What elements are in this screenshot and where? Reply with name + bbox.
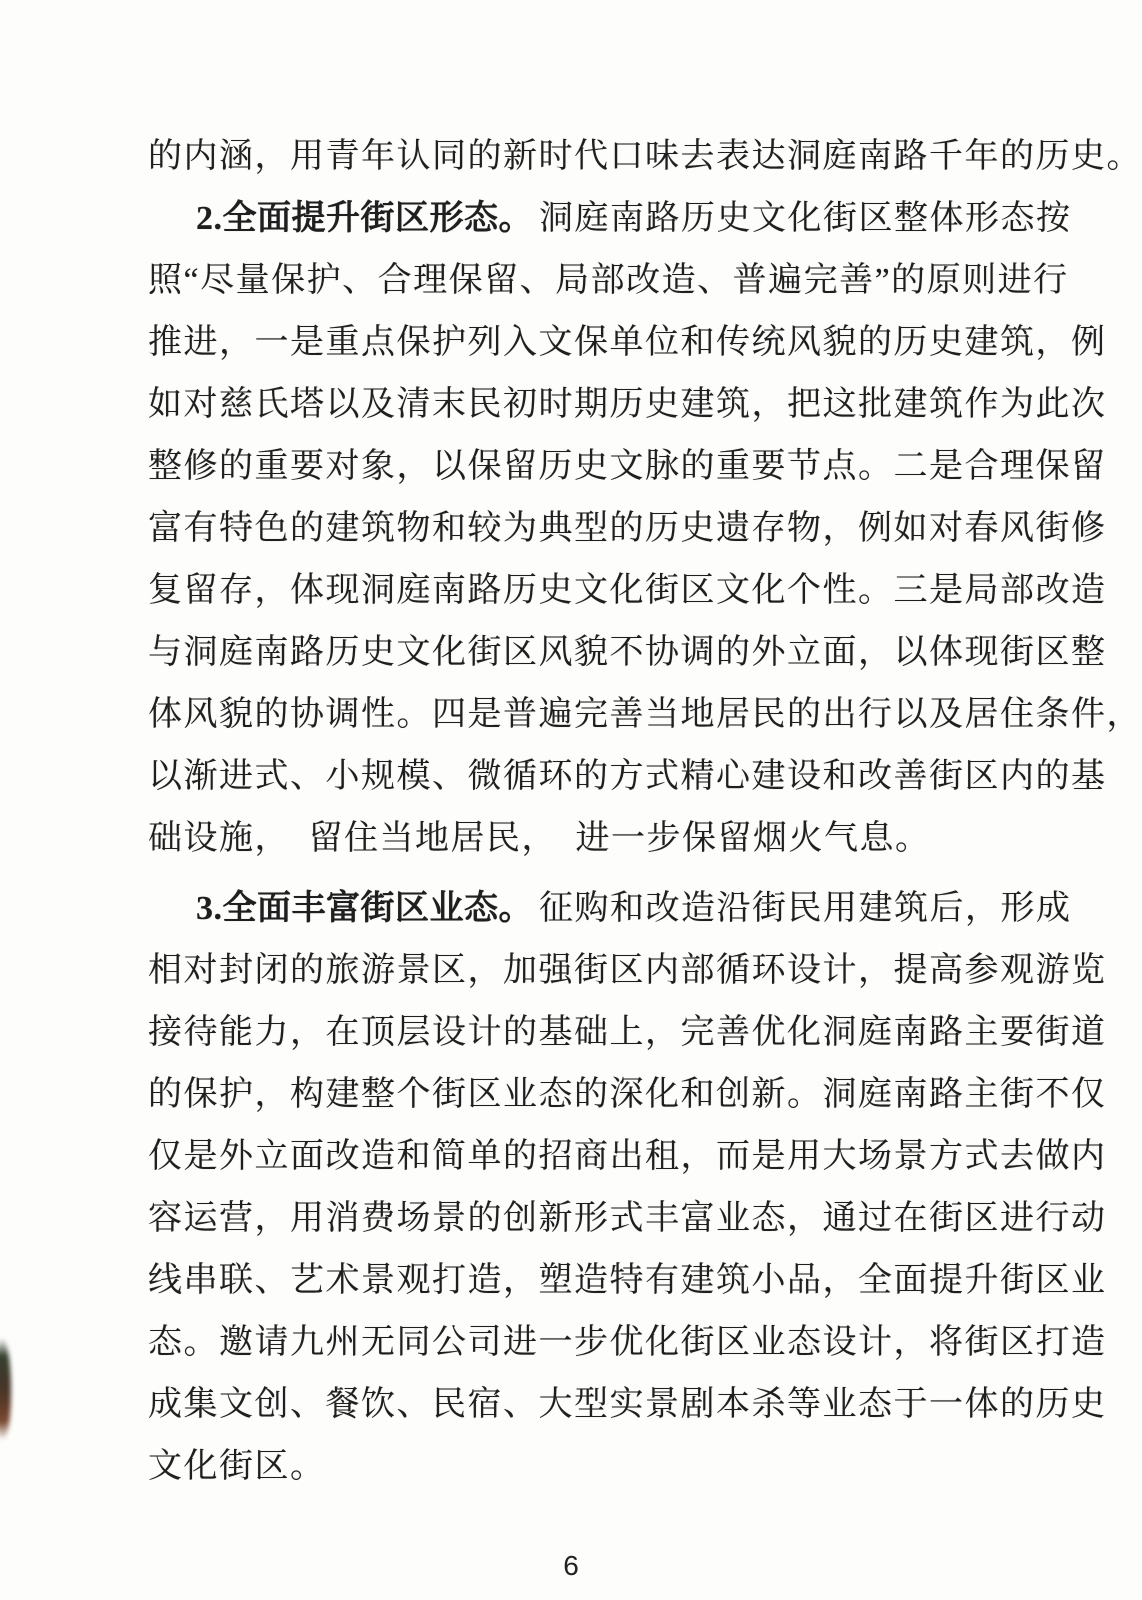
text-line: 富有特色的建筑物和较为典型的历史遗存物，例如对春风街修 xyxy=(148,498,1048,560)
text-run: 洞庭南路历史文化街区整体形态按 xyxy=(539,200,1072,237)
text-line: 2.全面提升街区形态。洞庭南路历史文化街区整体形态按 xyxy=(148,188,1048,250)
text-run: 征购和改造沿街民用建筑后，形成 xyxy=(539,890,1072,927)
text-line: 础设施， 留住当地居民， 进一步保留烟火气息。 xyxy=(148,808,1048,870)
page-number: 6 xyxy=(0,1550,1142,1582)
text-line: 体风貌的协调性。四是普遍完善当地居民的出行以及居住条件， xyxy=(148,684,1048,746)
text-run: 以渐进式、小规模、微循环的方式精心建设和改善街区内的基 xyxy=(148,758,1107,795)
scan-edge-artifact xyxy=(0,1338,11,1440)
text-run: 的保护，构建整个街区业态的深化和创新。洞庭南路主街不仅 xyxy=(148,1076,1107,1113)
text-line: 整修的重要对象，以保留历史文脉的重要节点。二是合理保留 xyxy=(148,436,1048,498)
text-line: 相对封闭的旅游景区，加强街区内部循环设计，提高参观游览 xyxy=(148,940,1048,1002)
text-run: 态。邀请九州无同公司进一步优化街区业态设计，将街区打造 xyxy=(148,1324,1107,1361)
text-line: 照“尽量保护、合理保留、局部改造、普遍完善”的原则进行 xyxy=(148,250,1048,312)
text-run: 成集文创、餐饮、民宿、大型实景剧本杀等业态于一体的历史 xyxy=(148,1386,1107,1423)
text-line: 成集文创、餐饮、民宿、大型实景剧本杀等业态于一体的历史 xyxy=(148,1374,1048,1436)
text-run: 推进，一是重点保护列入文保单位和传统风貌的历史建筑，例 xyxy=(148,324,1107,361)
text-line: 复留存，体现洞庭南路历史文化街区文化个性。三是局部改造 xyxy=(148,560,1048,622)
text-line: 3.全面丰富街区业态。征购和改造沿街民用建筑后，形成 xyxy=(148,878,1048,940)
text-line: 与洞庭南路历史文化街区风貌不协调的外立面，以体现街区整 xyxy=(148,622,1048,684)
text-run: 文化街区。 xyxy=(148,1448,326,1485)
text-line: 以渐进式、小规模、微循环的方式精心建设和改善街区内的基 xyxy=(148,746,1048,808)
text-line: 的内涵，用青年认同的新时代口味去表达洞庭南路千年的历史。 xyxy=(148,126,1048,188)
text-line: 容运营，用消费场景的创新形式丰富业态，通过在街区进行动 xyxy=(148,1188,1048,1250)
text-line: 仅是外立面改造和简单的招商出租，而是用大场景方式去做内 xyxy=(148,1126,1048,1188)
text-line: 接待能力，在顶层设计的基础上，完善优化洞庭南路主要街道 xyxy=(148,1002,1048,1064)
text-run: 如对慈氏塔以及清末民初时期历史建筑，把这批建筑作为此次 xyxy=(148,386,1107,423)
body-text: 的内涵，用青年认同的新时代口味去表达洞庭南路千年的历史。2.全面提升街区形态。洞… xyxy=(148,126,1048,1498)
text-run: 相对封闭的旅游景区，加强街区内部循环设计，提高参观游览 xyxy=(148,952,1107,989)
document-page: 的内涵，用青年认同的新时代口味去表达洞庭南路千年的历史。2.全面提升街区形态。洞… xyxy=(0,0,1142,1600)
text-run: 础设施， 留住当地居民， 进一步保留烟火气息。 xyxy=(148,820,931,857)
text-run: 照“尽量保护、合理保留、局部改造、普遍完善”的原则进行 xyxy=(148,262,1069,299)
text-line: 如对慈氏塔以及清末民初时期历史建筑，把这批建筑作为此次 xyxy=(148,374,1048,436)
text-line: 态。邀请九州无同公司进一步优化街区业态设计，将街区打造 xyxy=(148,1312,1048,1374)
text-run: 整修的重要对象，以保留历史文脉的重要节点。二是合理保留 xyxy=(148,448,1107,485)
text-run: 复留存，体现洞庭南路历史文化街区文化个性。三是局部改造 xyxy=(148,572,1107,609)
text-run: 与洞庭南路历史文化街区风貌不协调的外立面，以体现街区整 xyxy=(148,634,1107,671)
text-run: 富有特色的建筑物和较为典型的历史遗存物，例如对春风街修 xyxy=(148,510,1107,547)
section-heading: 2.全面提升街区形态。 xyxy=(196,200,533,237)
text-line: 推进，一是重点保护列入文保单位和传统风貌的历史建筑，例 xyxy=(148,312,1048,374)
text-line: 文化街区。 xyxy=(148,1436,1048,1498)
text-run: 线串联、艺术景观打造，塑造特有建筑小品，全面提升街区业 xyxy=(148,1262,1107,1299)
text-run: 容运营，用消费场景的创新形式丰富业态，通过在街区进行动 xyxy=(148,1200,1107,1237)
text-run: 仅是外立面改造和简单的招商出租，而是用大场景方式去做内 xyxy=(148,1138,1107,1175)
text-run: 接待能力，在顶层设计的基础上，完善优化洞庭南路主要街道 xyxy=(148,1014,1107,1051)
text-run: 的内涵，用青年认同的新时代口味去表达洞庭南路千年的历史。 xyxy=(148,138,1142,175)
text-line: 的保护，构建整个街区业态的深化和创新。洞庭南路主街不仅 xyxy=(148,1064,1048,1126)
text-run: 体风貌的协调性。四是普遍完善当地居民的出行以及居住条件， xyxy=(148,696,1142,733)
section-heading: 3.全面丰富街区业态。 xyxy=(196,890,533,927)
text-line: 线串联、艺术景观打造，塑造特有建筑小品，全面提升街区业 xyxy=(148,1250,1048,1312)
